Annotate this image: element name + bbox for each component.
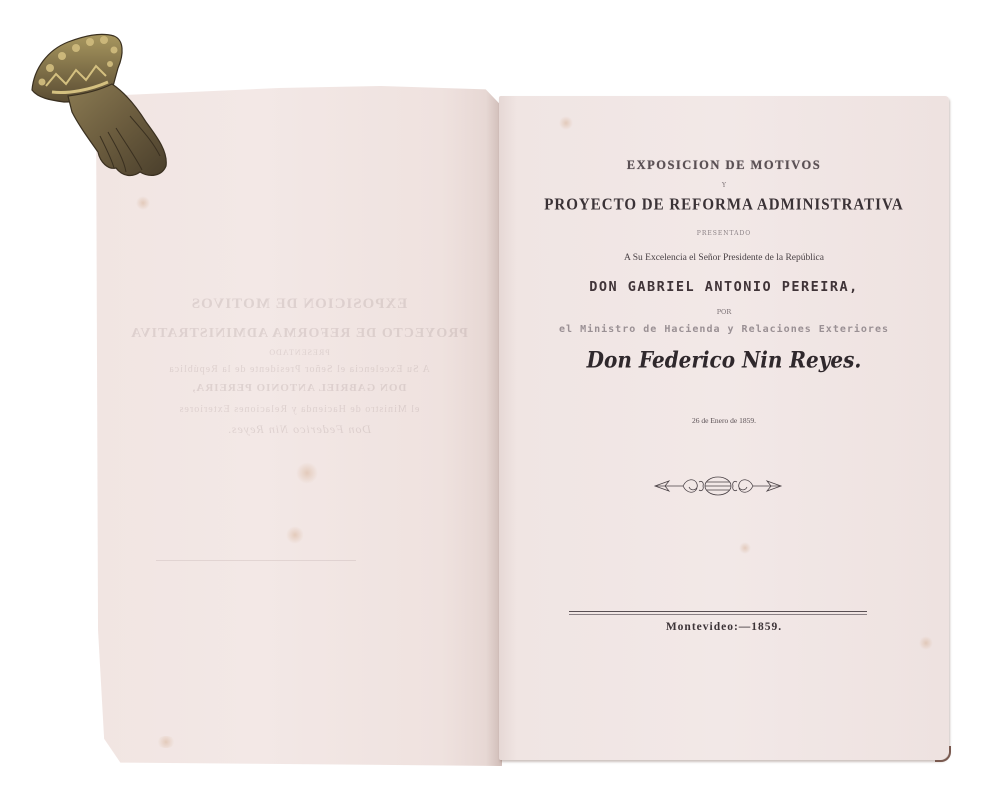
title-conjunction: Y (499, 182, 949, 189)
brass-hand-clip-icon (28, 28, 178, 193)
presented-label: PRESENTADO (499, 230, 949, 237)
open-book: EXPOSICION DE MOTIVOS PROYECTO DE REFORM… (0, 0, 983, 797)
bleed-through-text: EXPOSICION DE MOTIVOS (96, 296, 502, 313)
bleed-through-text: A Su Excelencia el Señor Presidente de l… (96, 364, 502, 375)
minister-name: Don Federico Nin Reyes. (499, 347, 949, 373)
foxing-spot (559, 116, 573, 130)
bleed-through-text: PROYECTO DE REFORMA ADMINISTRATIVA (96, 326, 502, 342)
foxing-spot (136, 196, 150, 210)
bleed-through-text: PRESENTADO (96, 348, 502, 357)
imprint-rule (569, 614, 867, 615)
foxing-spot (156, 736, 176, 748)
fleuron-ornament-icon (653, 474, 783, 498)
addressee-line: A Su Excelencia el Señor Presidente de l… (499, 253, 949, 263)
bleed-through-rule (156, 560, 356, 561)
imprint: Montevideo:—1859. (499, 621, 949, 633)
bleed-through-text: Don Federico Nin Reyes. (96, 422, 502, 437)
foxing-spot (296, 462, 318, 484)
bleed-through-text: el Ministro de Hacienda y Relaciones Ext… (96, 404, 502, 415)
president-name: DON GABRIEL ANTONIO PEREIRA, (499, 279, 949, 295)
foxing-spot (286, 526, 304, 544)
publication-date: 26 de Enero de 1859. (499, 416, 949, 425)
minister-title: el Ministro de Hacienda y Relaciones Ext… (499, 324, 949, 335)
bleed-through-text: DON GABRIEL ANTONIO PEREIRA, (96, 382, 502, 394)
imprint-rule (569, 611, 867, 612)
page-corner-edge (935, 746, 951, 762)
title-page: EXPOSICION DE MOTIVOS Y PROYECTO DE REFO… (499, 96, 949, 760)
by-label: POR (499, 308, 949, 316)
foxing-spot (739, 542, 751, 554)
title-heading-line2: PROYECTO DE REFORMA ADMINISTRATIVA (499, 196, 949, 216)
title-heading-line1: EXPOSICION DE MOTIVOS (499, 158, 949, 173)
foxing-spot (919, 636, 933, 650)
